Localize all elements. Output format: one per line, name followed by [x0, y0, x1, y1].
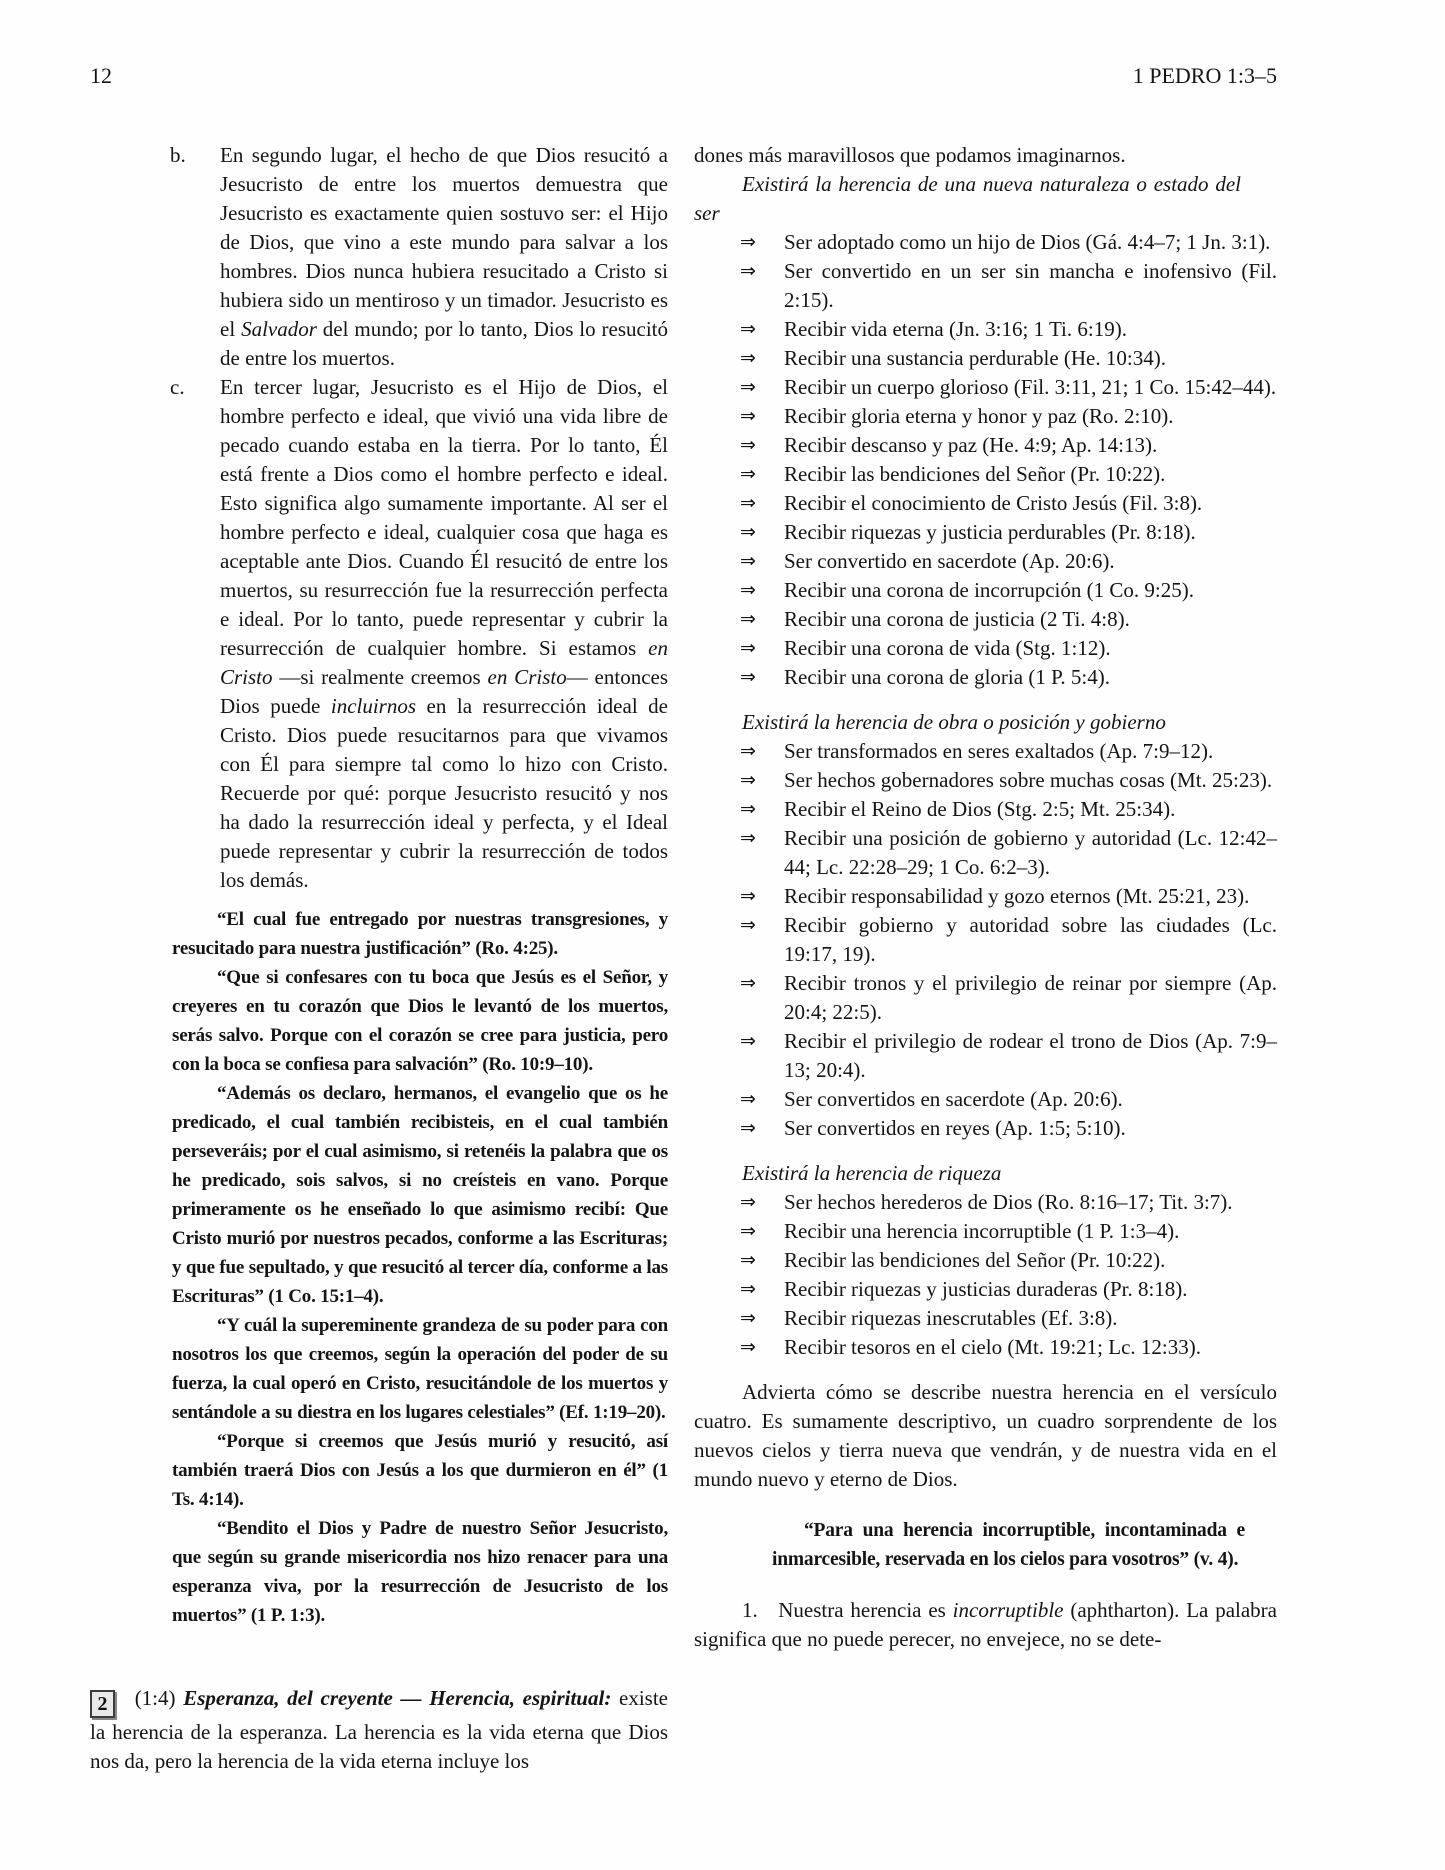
page-number: 12 — [90, 62, 112, 90]
double-arrow-icon: ⇒ — [740, 431, 756, 460]
left-column: b. En segundo lugar, el hecho de que Dio… — [90, 141, 668, 1776]
section-heading-nature: Existirá la herencia de una nueva natura… — [694, 170, 1277, 228]
outline-marker-b: b. — [170, 141, 186, 170]
double-arrow-icon: ⇒ — [740, 969, 756, 998]
double-arrow-icon: ⇒ — [740, 373, 756, 402]
arrow-item-text: Recibir riquezas y justicia perdurables … — [784, 520, 1196, 544]
double-arrow-icon: ⇒ — [740, 228, 756, 257]
arrow-list-item: ⇒ Recibir el conocimiento de Cristo Jesú… — [694, 489, 1277, 518]
arrow-item-text: Recibir una sustancia perdurable (He. 10… — [784, 346, 1166, 370]
arrow-list-item: ⇒ Recibir riquezas y justicias duraderas… — [694, 1275, 1277, 1304]
arrow-item-text: Ser convertidos en sacerdote (Ap. 20:6). — [784, 1087, 1123, 1111]
arrow-list-item: ⇒ Recibir una corona de justicia (2 Ti. … — [694, 605, 1277, 634]
verse-quote: “Para una herencia incorruptible, incont… — [772, 1516, 1245, 1574]
double-arrow-icon: ⇒ — [740, 1304, 756, 1333]
arrow-list-item: ⇒ Recibir una herencia incorruptible (1 … — [694, 1217, 1277, 1246]
arrow-item-text: Recibir una corona de incorrupción (1 Co… — [784, 578, 1194, 602]
double-arrow-icon: ⇒ — [740, 460, 756, 489]
arrow-item-text: Ser convertido en un ser sin mancha e in… — [784, 259, 1277, 312]
inheritance-section-wealth: Existirá la herencia de riqueza ⇒ Ser he… — [694, 1159, 1277, 1362]
double-arrow-icon: ⇒ — [740, 315, 756, 344]
arrow-list-item: ⇒ Ser adoptado como un hijo de Dios (Gá.… — [694, 228, 1277, 257]
arrow-item-text: Recibir descanso y paz (He. 4:9; Ap. 14:… — [784, 433, 1157, 457]
scripture-quote: “Además os declaro, hermanos, el evangel… — [172, 1079, 668, 1311]
double-arrow-icon: ⇒ — [740, 344, 756, 373]
arrow-item-text: Recibir las bendiciones del Señor (Pr. 1… — [784, 462, 1165, 486]
commentary-paragraph: Advierta cómo se describe nuestra herenc… — [694, 1378, 1277, 1494]
section-heading-wealth: Existirá la herencia de riqueza — [694, 1159, 1277, 1188]
double-arrow-icon: ⇒ — [740, 1333, 756, 1362]
document-page: 12 1 PEDRO 1:3–5 b. En segundo lugar, el… — [0, 0, 1445, 1870]
double-arrow-icon: ⇒ — [740, 1188, 756, 1217]
arrow-list-position: ⇒ Ser transformados en seres exaltados (… — [694, 737, 1277, 1143]
double-arrow-icon: ⇒ — [740, 402, 756, 431]
arrow-list-item: ⇒ Recibir el Reino de Dios (Stg. 2:5; Mt… — [694, 795, 1277, 824]
arrow-item-text: Ser adoptado como un hijo de Dios (Gá. 4… — [784, 230, 1270, 254]
arrow-list-item: ⇒ Recibir una corona de gloria (1 P. 5:4… — [694, 663, 1277, 692]
section-heading-position: Existirá la herencia de obra o posición … — [694, 708, 1277, 737]
arrow-list-item: ⇒ Recibir riquezas y justicia perdurable… — [694, 518, 1277, 547]
double-arrow-icon: ⇒ — [740, 911, 756, 940]
intro-line: dones más maravillosos que podamos imagi… — [694, 141, 1277, 170]
double-arrow-icon: ⇒ — [740, 882, 756, 911]
arrow-list-item: ⇒ Recibir una corona de vida (Stg. 1:12)… — [694, 634, 1277, 663]
page-header: 12 1 PEDRO 1:3–5 — [90, 62, 1277, 90]
double-arrow-icon: ⇒ — [740, 737, 756, 766]
closing-paragraph: 1. Nuestra herencia es incorruptible (ap… — [694, 1596, 1277, 1654]
outline-list: b. En segundo lugar, el hecho de que Dio… — [90, 141, 668, 895]
arrow-list-item: ⇒ Recibir tronos y el privilegio de rein… — [694, 969, 1277, 1027]
arrow-list-item: ⇒ Ser convertido en un ser sin mancha e … — [694, 257, 1277, 315]
double-arrow-icon: ⇒ — [740, 1246, 756, 1275]
arrow-list-item: ⇒ Ser transformados en seres exaltados (… — [694, 737, 1277, 766]
arrow-item-text: Recibir una corona de gloria (1 P. 5:4). — [784, 665, 1110, 689]
arrow-item-text: Recibir gloria eterna y honor y paz (Ro.… — [784, 404, 1174, 428]
arrow-list-item: ⇒ Recibir un cuerpo glorioso (Fil. 3:11,… — [694, 373, 1277, 402]
arrow-item-text: Recibir una corona de justicia (2 Ti. 4:… — [784, 607, 1130, 631]
double-arrow-icon: ⇒ — [740, 1114, 756, 1143]
arrow-item-text: Recibir tronos y el privilegio de reinar… — [784, 971, 1277, 1024]
double-arrow-icon: ⇒ — [740, 257, 756, 286]
double-arrow-icon: ⇒ — [740, 795, 756, 824]
arrow-list-item: ⇒ Ser convertido en sacerdote (Ap. 20:6)… — [694, 547, 1277, 576]
scripture-quote-block: “El cual fue entregado por nuestras tran… — [90, 905, 668, 1630]
point-number-box: 2 — [90, 1690, 115, 1718]
arrow-item-text: Recibir las bendiciones del Señor (Pr. 1… — [784, 1248, 1165, 1272]
arrow-item-text: Ser transformados en seres exaltados (Ap… — [784, 739, 1213, 763]
arrow-list-item: ⇒ Recibir vida eterna (Jn. 3:16; 1 Ti. 6… — [694, 315, 1277, 344]
double-arrow-icon: ⇒ — [740, 766, 756, 795]
scripture-quote: “Que si confesares con tu boca que Jesús… — [172, 963, 668, 1079]
arrow-item-text: Recibir un cuerpo glorioso (Fil. 3:11, 2… — [784, 375, 1276, 399]
arrow-list-nature: ⇒ Ser adoptado como un hijo de Dios (Gá.… — [694, 228, 1277, 692]
arrow-list-item: ⇒ Recibir las bendiciones del Señor (Pr.… — [694, 460, 1277, 489]
outline-item-b: b. En segundo lugar, el hecho de que Dio… — [90, 141, 668, 373]
arrow-list-item: ⇒ Ser hechos herederos de Dios (Ro. 8:16… — [694, 1188, 1277, 1217]
arrow-item-text: Recibir el Reino de Dios (Stg. 2:5; Mt. … — [784, 797, 1175, 821]
arrow-item-text: Recibir responsabilidad y gozo eternos (… — [784, 884, 1249, 908]
double-arrow-icon: ⇒ — [740, 518, 756, 547]
arrow-item-text: Ser hechos gobernadores sobre muchas cos… — [784, 768, 1272, 792]
arrow-item-text: Ser convertido en sacerdote (Ap. 20:6). — [784, 549, 1115, 573]
passage-reference: 1 PEDRO 1:3–5 — [1133, 62, 1277, 90]
outline-text-c: En tercer lugar, Jesucristo es el Hijo d… — [220, 375, 668, 892]
arrow-list-item: ⇒ Recibir gobierno y autoridad sobre las… — [694, 911, 1277, 969]
double-arrow-icon: ⇒ — [740, 1085, 756, 1114]
arrow-list-item: ⇒ Ser hechos gobernadores sobre muchas c… — [694, 766, 1277, 795]
arrow-list-item: ⇒ Recibir una corona de incorrupción (1 … — [694, 576, 1277, 605]
right-column: dones más maravillosos que podamos imagi… — [694, 141, 1277, 1654]
double-arrow-icon: ⇒ — [740, 547, 756, 576]
double-arrow-icon: ⇒ — [740, 824, 756, 853]
arrow-item-text: Ser convertidos en reyes (Ap. 1:5; 5:10)… — [784, 1116, 1126, 1140]
double-arrow-icon: ⇒ — [740, 1027, 756, 1056]
arrow-item-text: Recibir una posición de gobierno y autor… — [784, 826, 1277, 879]
double-arrow-icon: ⇒ — [740, 634, 756, 663]
arrow-list-item: ⇒ Recibir riquezas inescrutables (Ef. 3:… — [694, 1304, 1277, 1333]
inheritance-section-nature: Existirá la herencia de una nueva natura… — [694, 170, 1277, 692]
arrow-list-item: ⇒ Recibir tesoros en el cielo (Mt. 19:21… — [694, 1333, 1277, 1362]
outline-text-b: En segundo lugar, el hecho de que Dios r… — [220, 143, 668, 370]
arrow-list-item: ⇒ Ser convertidos en reyes (Ap. 1:5; 5:1… — [694, 1114, 1277, 1143]
arrow-item-text: Recibir gobierno y autoridad sobre las c… — [784, 913, 1277, 966]
arrow-item-text: Recibir vida eterna (Jn. 3:16; 1 Ti. 6:1… — [784, 317, 1127, 341]
scripture-quote: “Y cuál la supereminente grandeza de su … — [172, 1311, 668, 1427]
arrow-item-text: Recibir riquezas y justicias duraderas (… — [784, 1277, 1188, 1301]
inheritance-section-position: Existirá la herencia de obra o posición … — [694, 708, 1277, 1143]
arrow-list-wealth: ⇒ Ser hechos herederos de Dios (Ro. 8:16… — [694, 1188, 1277, 1362]
arrow-list-item: ⇒ Recibir el privilegio de rodear el tro… — [694, 1027, 1277, 1085]
double-arrow-icon: ⇒ — [740, 605, 756, 634]
arrow-list-item: ⇒ Recibir responsabilidad y gozo eternos… — [694, 882, 1277, 911]
arrow-list-item: ⇒ Ser convertidos en sacerdote (Ap. 20:6… — [694, 1085, 1277, 1114]
point-2-paragraph: 2 (1:4) Esperanza, del creyente — Herenc… — [90, 1684, 668, 1776]
double-arrow-icon: ⇒ — [740, 1217, 756, 1246]
arrow-item-text: Recibir tesoros en el cielo (Mt. 19:21; … — [784, 1335, 1201, 1359]
arrow-list-item: ⇒ Recibir una posición de gobierno y aut… — [694, 824, 1277, 882]
arrow-item-text: Recibir riquezas inescrutables (Ef. 3:8)… — [784, 1306, 1118, 1330]
double-arrow-icon: ⇒ — [740, 663, 756, 692]
scripture-quote: “Bendito el Dios y Padre de nuestro Seño… — [172, 1514, 668, 1630]
arrow-item-text: Recibir una herencia incorruptible (1 P.… — [784, 1219, 1179, 1243]
double-arrow-icon: ⇒ — [740, 489, 756, 518]
arrow-item-text: Recibir una corona de vida (Stg. 1:12). — [784, 636, 1111, 660]
arrow-list-item: ⇒ Recibir una sustancia perdurable (He. … — [694, 344, 1277, 373]
arrow-list-item: ⇒ Recibir las bendiciones del Señor (Pr.… — [694, 1246, 1277, 1275]
outline-marker-c: c. — [170, 373, 185, 402]
point-2-text: (1:4) Esperanza, del creyente — Herencia… — [90, 1686, 668, 1773]
scripture-quote: “Porque si creemos que Jesús murió y res… — [172, 1427, 668, 1514]
arrow-list-item: ⇒ Recibir descanso y paz (He. 4:9; Ap. 1… — [694, 431, 1277, 460]
arrow-item-text: Recibir el privilegio de rodear el trono… — [784, 1029, 1277, 1082]
double-arrow-icon: ⇒ — [740, 576, 756, 605]
outline-item-c: c. En tercer lugar, Jesucristo es el Hij… — [90, 373, 668, 895]
arrow-list-item: ⇒ Recibir gloria eterna y honor y paz (R… — [694, 402, 1277, 431]
double-arrow-icon: ⇒ — [740, 1275, 756, 1304]
arrow-item-text: Recibir el conocimiento de Cristo Jesús … — [784, 491, 1202, 515]
scripture-quote: “El cual fue entregado por nuestras tran… — [172, 905, 668, 963]
arrow-item-text: Ser hechos herederos de Dios (Ro. 8:16–1… — [784, 1190, 1233, 1214]
